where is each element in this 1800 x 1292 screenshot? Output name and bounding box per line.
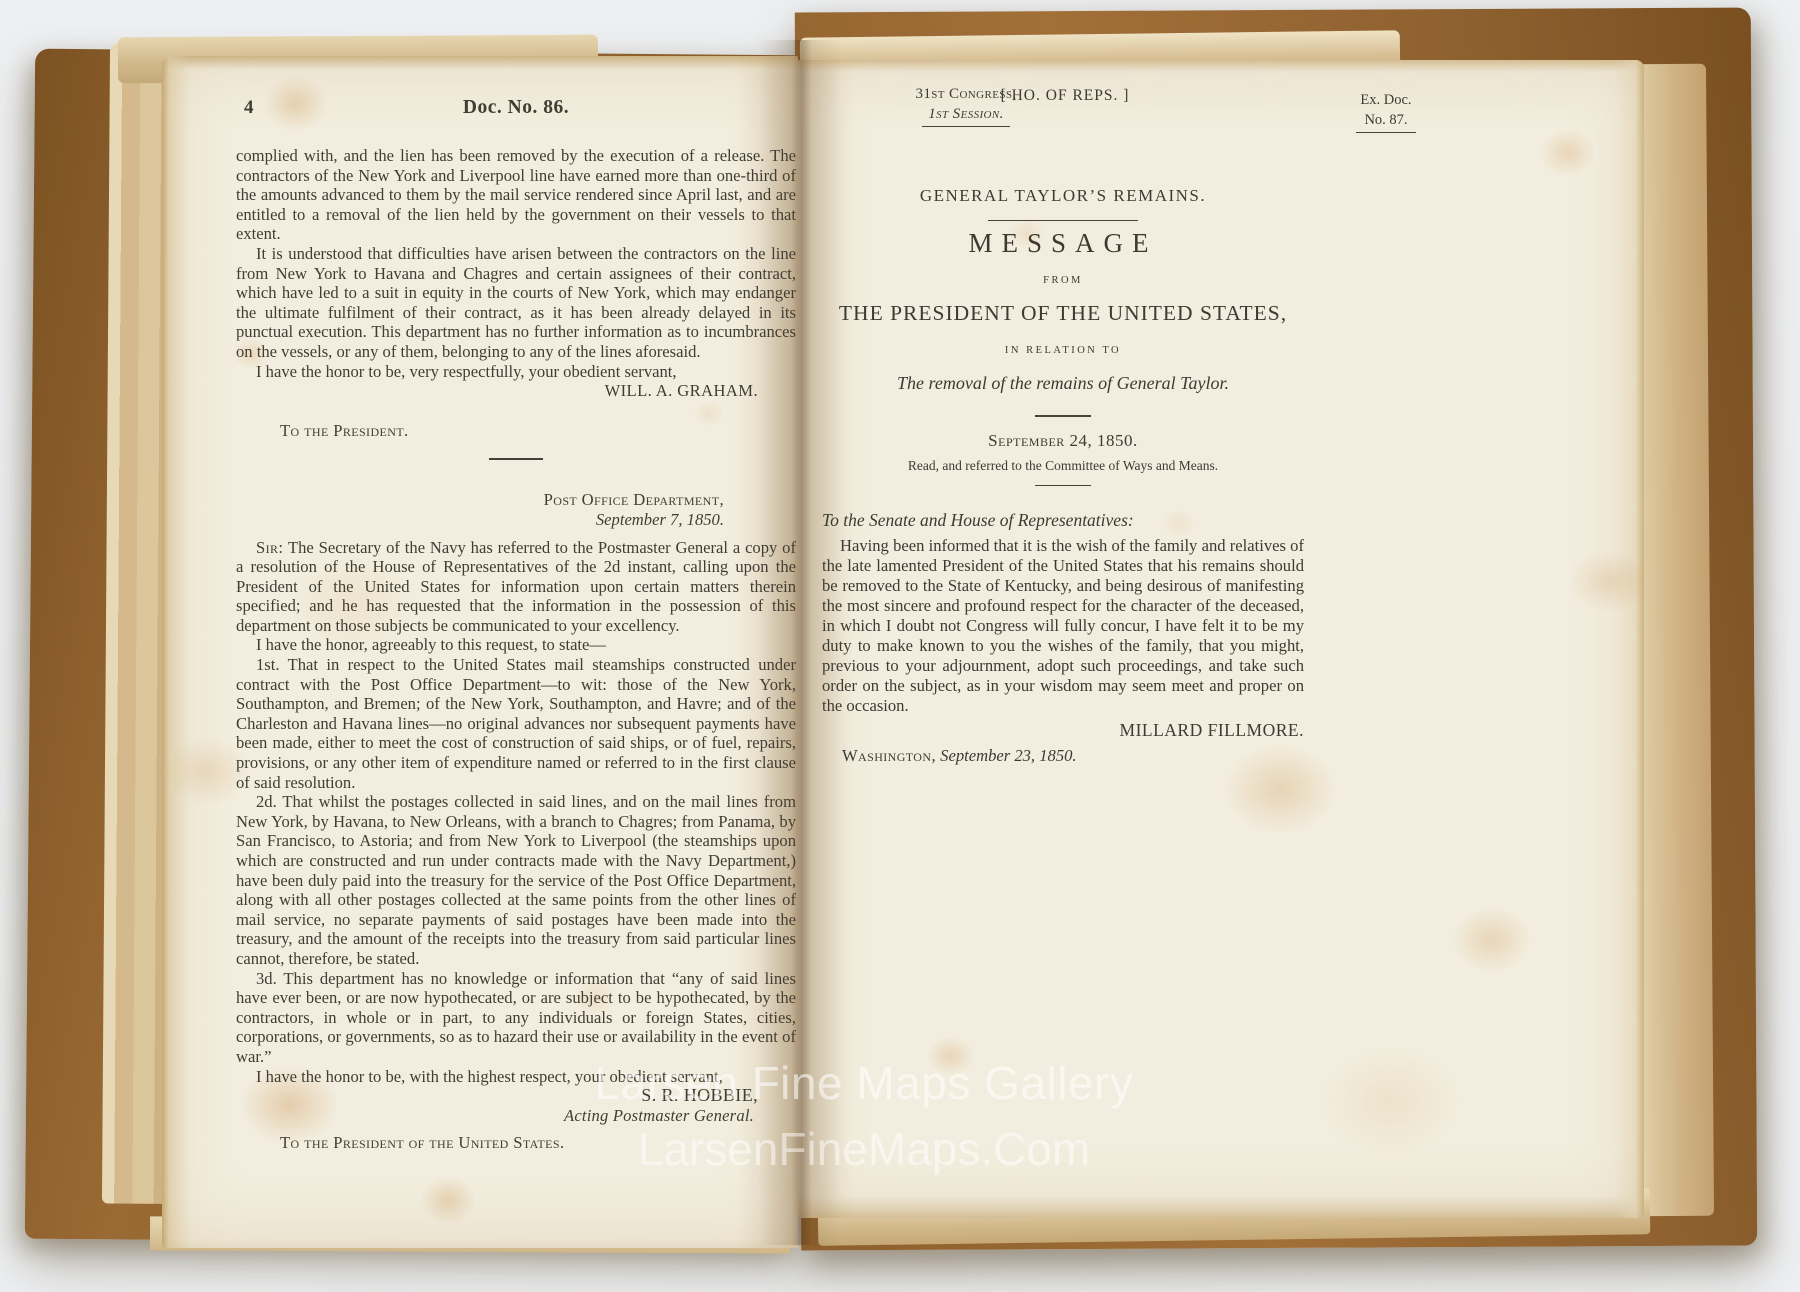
signature-hobbie: S. R. HOBBIE, [236, 1086, 796, 1106]
doc-number-header: Doc. No. 86. [236, 98, 796, 118]
left-page-text: 4 Doc. No. 86. complied with, and the li… [236, 98, 796, 1153]
right-page-header: 31st Congress, 1st Session. [ HO. OF REP… [822, 84, 1304, 142]
left-page-header: 4 Doc. No. 86. [236, 98, 796, 124]
item-second: 2d. That whilst the postages collected i… [236, 792, 796, 968]
washington-date: September 23, 1850. [940, 746, 1076, 765]
from-label: FROM [822, 271, 1304, 291]
session-line: 1st Session. [922, 104, 1010, 127]
right-page: 31st Congress, 1st Session. [ HO. OF REP… [798, 60, 1644, 1218]
washington-label: Washington, [842, 746, 936, 765]
item-third: 3d. This department has no knowledge or … [236, 969, 796, 1067]
chamber-label: [ HO. OF REPS. ] [990, 86, 1140, 106]
washington-date-line: Washington, September 23, 1850. [822, 746, 1304, 766]
sir-paragraph: Sir: The Secretary of the Navy has refer… [236, 538, 796, 636]
referred-line: Read, and referred to the Committee of W… [822, 456, 1304, 476]
signature-graham: WILL. A. GRAHAM. [236, 381, 796, 401]
photo-background: 4 Doc. No. 86. complied with, and the li… [0, 0, 1800, 1292]
salutation-line: To the Senate and House of Representativ… [822, 510, 1304, 530]
sir-label: Sir: [256, 538, 283, 557]
date-line: September 24, 1850. [822, 431, 1304, 451]
page-number: 4 [244, 98, 254, 118]
message-body: Having been informed that it is the wish… [822, 536, 1304, 716]
dept-name: Post Office Department, [236, 490, 724, 510]
address-president-united-states: To the President of the United States. [236, 1133, 796, 1153]
dept-date: September 7, 1850. [236, 510, 724, 530]
signature-fillmore: MILLARD FILLMORE. [822, 720, 1304, 740]
relation-label: IN RELATION TO [822, 341, 1304, 361]
address-president: To the President. [236, 421, 796, 441]
title-rule [988, 220, 1138, 221]
president-title: THE PRESIDENT OF THE UNITED STATES, [822, 303, 1304, 323]
section-divider-rule [489, 458, 543, 460]
ex-doc-block: Ex. Doc. No. 87. [1328, 90, 1444, 133]
message-title: MESSAGE [822, 233, 1304, 253]
dept-heading-block: Post Office Department, September 7, 185… [236, 490, 796, 529]
date-rule-top [1035, 415, 1091, 417]
paragraph-difficulties: It is understood that difficulties have … [236, 244, 796, 362]
closing-line-graham: I have the honor to be, very respectfull… [236, 362, 796, 382]
date-rule-bottom [1035, 485, 1091, 486]
signature-hobbie-title: Acting Postmaster General. [236, 1106, 796, 1126]
state-line: I have the honor, agreeably to this requ… [236, 635, 796, 655]
subject-line: The removal of the remains of General Ta… [822, 373, 1304, 393]
doc-no-line: No. 87. [1356, 110, 1415, 133]
sir-text: The Secretary of the Navy has referred t… [236, 538, 796, 635]
closing-line-hobbie: I have the honor to be, with the highest… [236, 1067, 796, 1087]
item-first: 1st. That in respect to the United State… [236, 655, 796, 792]
right-page-text: 31st Congress, 1st Session. [ HO. OF REP… [822, 84, 1304, 766]
remains-title: GENERAL TAYLOR’S REMAINS. [822, 186, 1304, 206]
ex-doc-line: Ex. Doc. [1328, 90, 1444, 110]
left-page: 4 Doc. No. 86. complied with, and the li… [162, 56, 798, 1248]
paragraph-lien: complied with, and the lien has been rem… [236, 146, 796, 244]
